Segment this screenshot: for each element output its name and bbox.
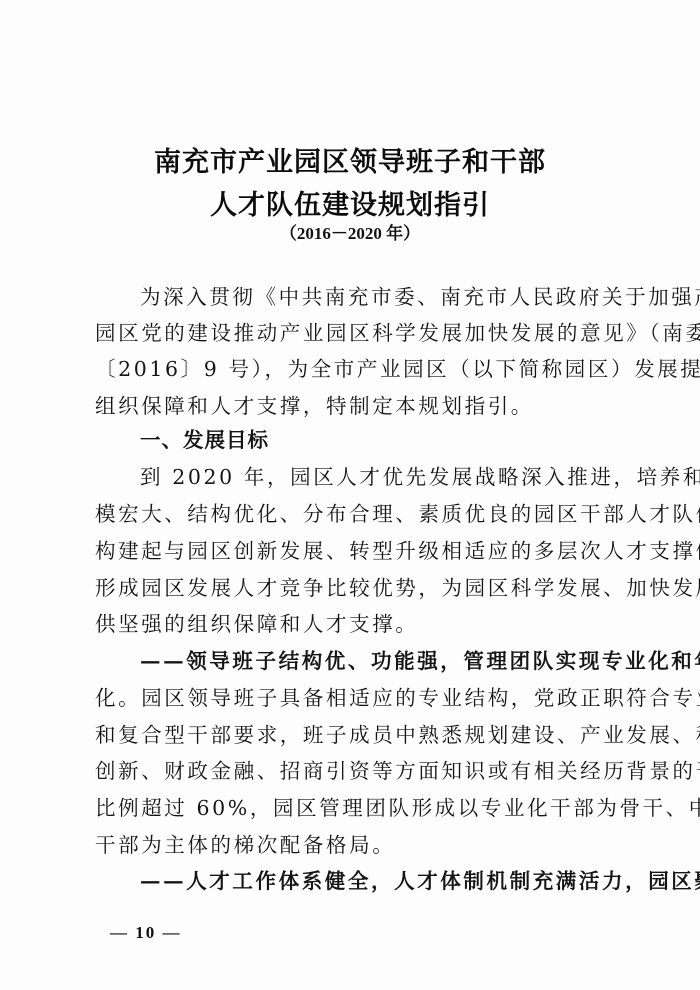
paragraph-line: 创新、财政金融、招商引资等方面知识或有相关经历背景的干部: [95, 758, 615, 784]
bullet-heading: ——领导班子结构优、功能强，管理团队实现专业化和年轻: [140, 648, 615, 674]
paragraph-line: 干部为主体的梯次配备格局。: [95, 832, 615, 858]
paragraph-line: 构建起与园区创新发展、转型升级相适应的多层次人才支撑体系，: [95, 538, 615, 564]
paragraph-line: 到 2020 年，园区人才优先发展战略深入推进，培养和造就规: [140, 464, 615, 490]
paragraph-line: 形成园区发展人才竞争比较优势，为园区科学发展、加快发展提: [95, 575, 615, 601]
document-subtitle: （2016－2020 年）: [0, 219, 700, 244]
document-page: 南充市产业园区领导班子和干部 人才队伍建设规划指引 （2016－2020 年） …: [0, 0, 700, 990]
page-number: — 10 —: [110, 923, 182, 943]
section-heading: 一、发展目标: [140, 427, 615, 453]
document-title-line-1: 南充市产业园区领导班子和干部: [0, 140, 700, 179]
paragraph-line: 和复合型干部要求，班子成员中熟悉规划建设、产业发展、科技: [95, 722, 615, 748]
paragraph-line: 为深入贯彻《中共南充市委、南充市人民政府关于加强产业: [140, 284, 615, 310]
document-title-line-2: 人才队伍建设规划指引: [0, 183, 700, 222]
paragraph-line: 化。园区领导班子具备相适应的专业结构，党政正职符合专业化: [95, 685, 615, 711]
paragraph-line: 供坚强的组织保障和人才支撑。: [95, 611, 615, 637]
paragraph-line: 〔2016〕9 号），为全市产业园区（以下简称园区）发展提供坚强: [95, 356, 615, 382]
paragraph-line: 组织保障和人才支撑，特制定本规划指引。: [95, 393, 615, 419]
paragraph-line: 比例超过 60%，园区管理团队形成以专业化干部为骨干、中青年: [95, 795, 615, 821]
paragraph-line: 园区党的建设推动产业园区科学发展加快发展的意见》（南委发: [95, 320, 615, 346]
bullet-heading: ——人才工作体系健全，人才体制机制充满活力，园区聚才: [140, 868, 615, 894]
paragraph-line: 模宏大、结构优化、分布合理、素质优良的园区干部人才队伍，: [95, 501, 615, 527]
